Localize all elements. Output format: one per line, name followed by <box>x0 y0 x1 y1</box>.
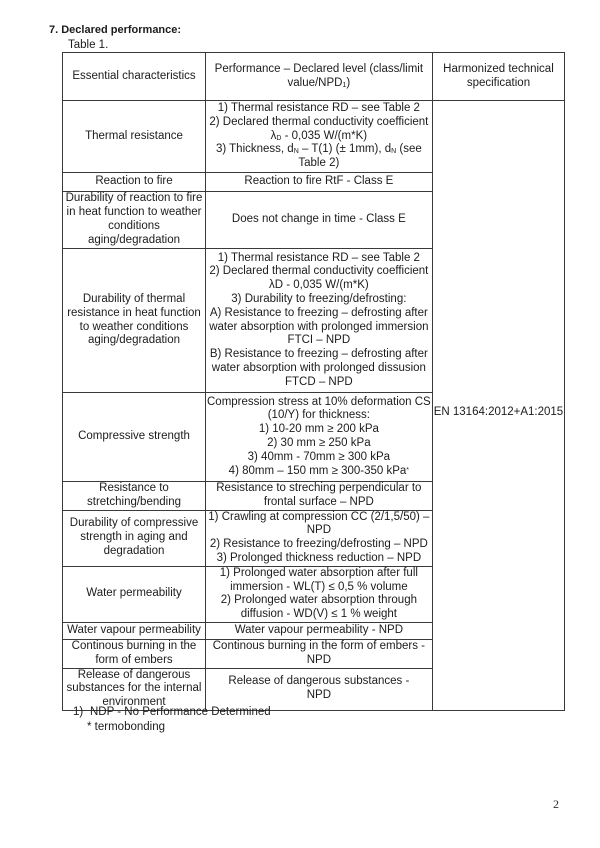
performance-text: λD - 0,035 W/(m*K) <box>207 279 431 293</box>
performance-text: Continous burning in the form of embers … <box>207 640 431 654</box>
performance-text: Resistance to streching perpendicular to <box>207 482 431 496</box>
characteristic-cell: Release of dangerous substances for the … <box>63 668 206 710</box>
table-header-row: Essential characteristics Performance – … <box>63 53 565 101</box>
characteristic-text: Durability of reaction to fire <box>64 192 204 206</box>
characteristic-text: Continous burning in the <box>64 640 204 654</box>
header-text: specification <box>434 77 564 91</box>
header-text: Performance – Declared level (class/limi… <box>207 63 431 77</box>
characteristic-text: Water permeability <box>64 587 204 601</box>
footnote-npd: 1)NDP - No Performance Determined <box>73 706 271 718</box>
characteristic-text: form of embers <box>64 654 204 668</box>
performance-text: B) Resistance to freezing – defrosting a… <box>207 348 431 362</box>
characteristic-text: aging/degradation <box>64 234 204 248</box>
characteristic-text: Durability of thermal <box>64 293 204 307</box>
characteristic-cell: Thermal resistance <box>63 101 206 173</box>
characteristic-text: to weather conditions <box>64 321 204 335</box>
performance-text: immersion - WL(T) ≤ 0,5 % volume <box>207 581 431 595</box>
table-caption: Table 1. <box>68 39 108 51</box>
performance-cell: 1) Thermal resistance RD – see Table 2 2… <box>206 101 433 173</box>
characteristic-text: Compressive strength <box>64 430 204 444</box>
performance-text: 3) Durability to freezing/defrosting: <box>207 293 431 307</box>
header-essential-characteristics: Essential characteristics <box>63 53 206 101</box>
performance-text: 3) Thickness, dN – T(1) (± 1mm), dN (see <box>207 143 431 157</box>
performance-text: Table 2) <box>207 157 431 171</box>
characteristic-text: Reaction to fire <box>64 175 204 189</box>
characteristic-text: substances for the internal <box>64 682 204 696</box>
performance-text: 2) Declared thermal conductivity coeffic… <box>207 116 431 130</box>
header-text: Harmonized technical <box>434 63 564 77</box>
performance-text: FTCD – NPD <box>207 376 431 390</box>
characteristic-cell: Durability of reaction to fire in heat f… <box>63 192 206 249</box>
performance-text: (10/Y) for thickness: <box>207 409 431 423</box>
header-text: value/NPD1) <box>207 77 431 91</box>
declared-performance-table: Essential characteristics Performance – … <box>62 52 565 711</box>
performance-cell: Resistance to streching perpendicular to… <box>206 482 433 511</box>
characteristic-text: in heat function to weather <box>64 206 204 220</box>
characteristic-cell: Resistance to stretching/bending <box>63 482 206 511</box>
section-title: 7. Declared performance: <box>49 24 181 36</box>
performance-text: Release of dangerous substances - <box>207 675 431 689</box>
performance-text: Water vapour permeability - NPD <box>207 624 431 638</box>
characteristic-cell: Durability of compressive strength in ag… <box>63 510 206 566</box>
performance-text: 2) Declared thermal conductivity coeffic… <box>207 265 431 279</box>
characteristic-text: degradation <box>64 545 204 559</box>
characteristic-cell: Water permeability <box>63 566 206 622</box>
performance-text: 3) 40mm - 70mm ≥ 300 kPa <box>207 451 431 465</box>
performance-text: 1) 10-20 mm ≥ 200 kPa <box>207 423 431 437</box>
performance-text: NPD <box>207 654 431 668</box>
performance-text: λD - 0,035 W/(m*K) <box>207 130 431 144</box>
performance-text: FTCI – NPD <box>207 334 431 348</box>
footnote-marker: 1) <box>73 706 90 718</box>
performance-cell: Compression stress at 10% deformation CS… <box>206 393 433 482</box>
performance-text: 1) Prolonged water absorption after full <box>207 567 431 581</box>
performance-text: NPD <box>207 689 431 703</box>
characteristic-text: conditions <box>64 220 204 234</box>
characteristic-cell: Continous burning in the form of embers <box>63 639 206 668</box>
characteristic-text: Release of dangerous <box>64 669 204 683</box>
characteristic-cell: Water vapour permeability <box>63 622 206 639</box>
characteristic-cell: Durability of thermal resistance in heat… <box>63 249 206 393</box>
performance-cell: Reaction to fire RtF - Class E <box>206 173 433 192</box>
performance-text: water absorption with prolonged dissusio… <box>207 362 431 376</box>
performance-text: 1) Thermal resistance RD – see Table 2 <box>207 102 431 116</box>
harmonized-specification-cell: EN 13164:2012+A1:2015 <box>432 101 565 711</box>
performance-text: water absorption with prolonged immersio… <box>207 321 431 335</box>
performance-text: Reaction to fire RtF - Class E <box>207 175 431 189</box>
performance-text: A) Resistance to freezing – defrosting a… <box>207 307 431 321</box>
performance-cell: Release of dangerous substances - NPD <box>206 668 433 710</box>
characteristic-text: Water vapour permeability <box>64 624 204 638</box>
performance-text: 4) 80mm – 150 mm ≥ 300-350 kPa* <box>207 465 431 479</box>
performance-text: Does not change in time - Class E <box>207 213 431 227</box>
characteristic-text: stretching/bending <box>64 496 204 510</box>
characteristic-text: Durability of compressive <box>64 517 204 531</box>
page-number: 2 <box>553 797 559 812</box>
characteristic-text: resistance in heat function <box>64 307 204 321</box>
specification-text: EN 13164:2012+A1:2015 <box>434 406 564 420</box>
performance-cell: Does not change in time - Class E <box>206 192 433 249</box>
footnote-termobonding: * termobonding <box>87 721 165 733</box>
performance-text: diffusion - WD(V) ≤ 1 % weight <box>207 608 431 622</box>
characteristic-cell: Compressive strength <box>63 393 206 482</box>
performance-text: 1) Crawling at compression CC (2/1,5/50)… <box>207 511 431 525</box>
performance-cell: Water vapour permeability - NPD <box>206 622 433 639</box>
performance-cell: 1) Thermal resistance RD – see Table 2 2… <box>206 249 433 393</box>
header-performance: Performance – Declared level (class/limi… <box>206 53 433 101</box>
characteristic-text: Thermal resistance <box>64 130 204 144</box>
performance-text: frontal surface – NPD <box>207 496 431 510</box>
performance-cell: 1) Crawling at compression CC (2/1,5/50)… <box>206 510 433 566</box>
characteristic-text: strength in aging and <box>64 531 204 545</box>
performance-text: 2) Prolonged water absorption through <box>207 594 431 608</box>
performance-text: Compression stress at 10% deformation CS <box>207 396 431 410</box>
footnote-text: NDP - No Performance Determined <box>90 706 271 718</box>
performance-text: 3) Prolonged thickness reduction – NPD <box>207 552 431 566</box>
performance-text: NPD <box>207 524 431 538</box>
characteristic-text: aging/degradation <box>64 334 204 348</box>
characteristic-text: Resistance to <box>64 482 204 496</box>
performance-text: 2) Resistance to freezing/defrosting – N… <box>207 538 431 552</box>
performance-cell: 1) Prolonged water absorption after full… <box>206 566 433 622</box>
table-row-thermal-resistance: Thermal resistance 1) Thermal resistance… <box>63 101 565 173</box>
header-harmonized-specification: Harmonized technical specification <box>432 53 565 101</box>
performance-text: 1) Thermal resistance RD – see Table 2 <box>207 252 431 266</box>
header-text: Essential characteristics <box>64 70 204 84</box>
characteristic-cell: Reaction to fire <box>63 173 206 192</box>
performance-cell: Continous burning in the form of embers … <box>206 639 433 668</box>
performance-text: 2) 30 mm ≥ 250 kPa <box>207 437 431 451</box>
